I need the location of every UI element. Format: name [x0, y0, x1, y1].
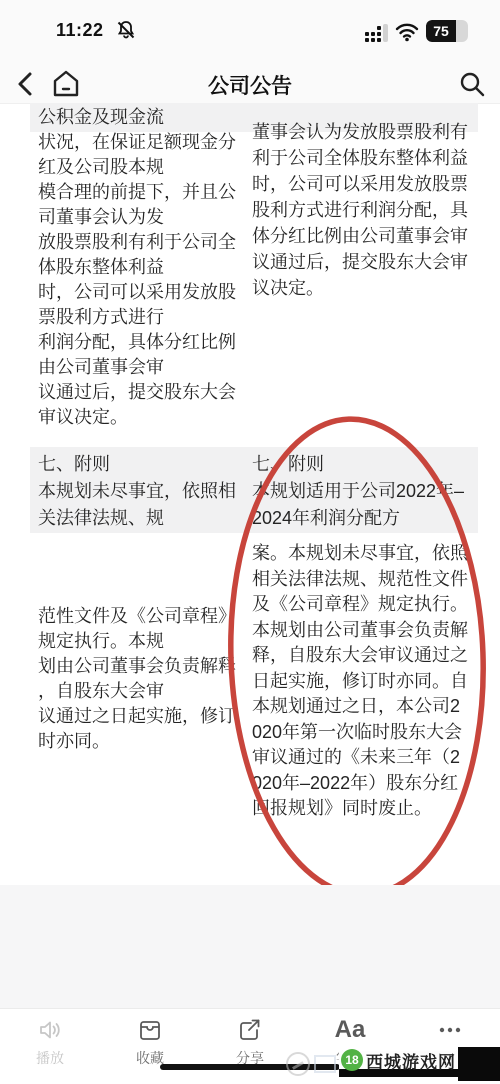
more-dots-icon — [437, 1017, 463, 1043]
footer-background — [0, 885, 500, 1008]
left-column-paragraph-2: 范性文件及《公司章程》规定执行。本规划由公司董事会负责解释，自股东大会审议通过之… — [38, 604, 244, 754]
document-content[interactable]: 公积金及现金流状况，在保证足额现金分红及公司股本规模合理的前提下，并且公司董事会… — [0, 104, 500, 885]
right-column-paragraph-1: 董事会认为发放股票股利有利于公司全体股东整体利益时，公司可以采用发放股票股利方式… — [252, 119, 476, 301]
toolbar-item-collect[interactable]: 收藏 — [100, 1009, 200, 1084]
right-column-paragraph-2: 案。本规划未尽事宜，依照相关法律法规、规范性文件及《公司章程》规定执行。本规划由… — [252, 541, 476, 822]
toolbar-item-play[interactable]: 播放 — [0, 1009, 100, 1084]
left-column-appendix-heading: 七、附则本规划未尽事宜，依照相关法律法规、规 — [38, 451, 244, 532]
watermark-badge: 18 — [341, 1049, 363, 1071]
watermark-band: 18 西城游戏网 — [339, 1051, 458, 1077]
watermark: 18 西城游戏网 — [286, 1046, 500, 1082]
phone-screen: 11:22 — [0, 0, 500, 1084]
watermark-black-block — [458, 1047, 500, 1081]
toolbar-label-play: 播放 — [36, 1048, 64, 1068]
font-size-icon: Aa — [335, 1017, 366, 1043]
speaker-icon — [37, 1017, 63, 1043]
cellular-signal-icon — [365, 24, 388, 42]
page-title: 公司公告 — [0, 70, 500, 100]
battery-indicator: 75 — [426, 20, 468, 42]
left-column-paragraph-1: 公积金及现金流状况，在保证足额现金分红及公司股本规模合理的前提下，并且公司董事会… — [38, 105, 244, 430]
clock-time: 11:22 — [56, 20, 104, 41]
status-icons: 75 — [365, 20, 468, 42]
mute-bell-icon — [116, 20, 136, 40]
toolbar-item-share[interactable]: 分享 — [200, 1009, 300, 1084]
right-column-appendix-heading: 七、附则本规划适用于公司2022年–2024年利润分配方 — [252, 451, 476, 532]
collect-box-icon — [137, 1017, 163, 1043]
search-button[interactable] — [458, 70, 486, 98]
watermark-logo-icon — [286, 1052, 310, 1076]
status-bar: 11:22 — [0, 0, 500, 58]
wifi-icon — [395, 22, 419, 42]
watermark-stamp-icon — [314, 1055, 336, 1073]
watermark-site-name: 西城游戏网 — [366, 1048, 456, 1073]
share-icon — [237, 1017, 263, 1043]
battery-percent: 75 — [426, 20, 456, 42]
